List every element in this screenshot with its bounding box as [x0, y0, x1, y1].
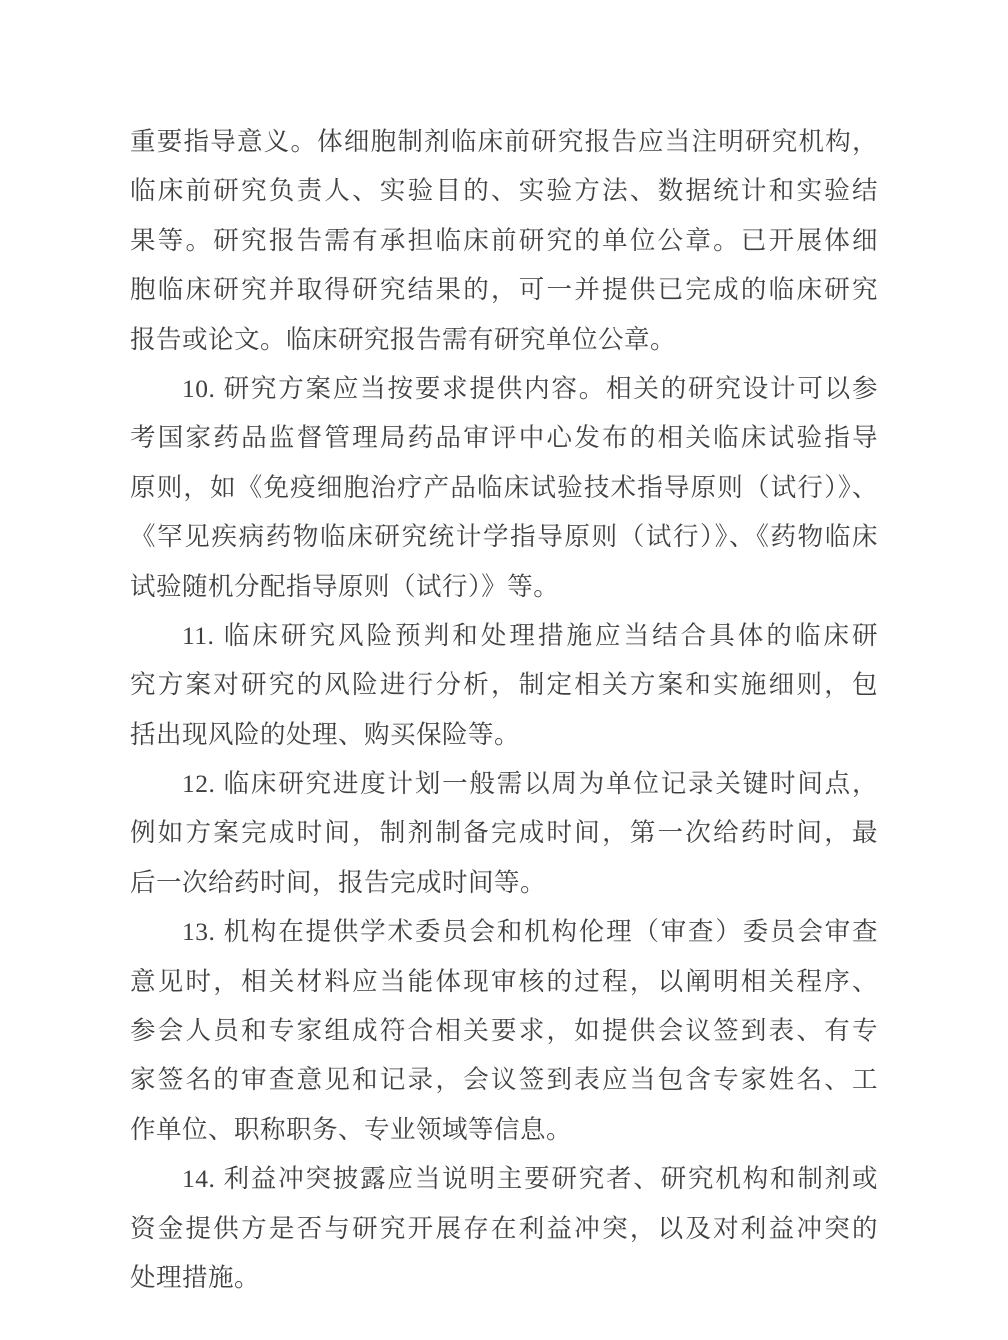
- text-line: 重要指导意义。体细胞制剂临床前研究报告应当注明研究机构，: [130, 117, 878, 166]
- text-line: 原则，如《免疫细胞治疗产品临床试验技术指导原则（试行）》、: [130, 463, 878, 512]
- text-line: 试验随机分配指导原则（试行）》等。: [130, 562, 878, 611]
- text-line: 11. 临床研究风险预判和处理措施应当结合具体的临床研: [130, 611, 878, 660]
- text-line: 报告或论文。临床研究报告需有研究单位公章。: [130, 315, 878, 364]
- text-line: 后一次给药时间，报告完成时间等。: [130, 858, 878, 907]
- text-line: 临床前研究负责人、实验目的、实验方法、数据统计和实验结: [130, 166, 878, 215]
- text-line: 12. 临床研究进度计划一般需以周为单位记录关键时间点，: [130, 759, 878, 808]
- text-line: 家签名的审查意见和记录，会议签到表应当包含专家姓名、工: [130, 1055, 878, 1104]
- text-line: 参会人员和专家组成符合相关要求，如提供会议签到表、有专: [130, 1006, 878, 1055]
- text-line: 例如方案完成时间，制剂制备完成时间，第一次给药时间，最: [130, 808, 878, 857]
- text-line: 10. 研究方案应当按要求提供内容。相关的研究设计可以参: [130, 364, 878, 413]
- text-line: 究方案对研究的风险进行分析，制定相关方案和实施细则，包: [130, 660, 878, 709]
- text-line: 《罕见疾病药物临床研究统计学指导原则（试行）》、《药物临床: [130, 512, 878, 561]
- text-line: 作单位、职称职务、专业领域等信息。: [130, 1105, 878, 1154]
- text-line: 意见时，相关材料应当能体现审核的过程，以阐明相关程序、: [130, 957, 878, 1006]
- text-line: 考国家药品监督管理局药品审评中心发布的相关临床试验指导: [130, 413, 878, 462]
- text-line: 14. 利益冲突披露应当说明主要研究者、研究机构和制剂或: [130, 1154, 878, 1203]
- text-line: 果等。研究报告需有承担临床前研究的单位公章。已开展体细: [130, 216, 878, 265]
- document-page: 重要指导意义。体细胞制剂临床前研究报告应当注明研究机构，临床前研究负责人、实验目…: [0, 0, 1008, 1340]
- document-content: 重要指导意义。体细胞制剂临床前研究报告应当注明研究机构，临床前研究负责人、实验目…: [130, 117, 878, 1302]
- text-line: 胞临床研究并取得研究结果的，可一并提供已完成的临床研究: [130, 265, 878, 314]
- text-line: 13. 机构在提供学术委员会和机构伦理（审查）委员会审查: [130, 907, 878, 956]
- text-line: 括出现风险的处理、购买保险等。: [130, 710, 878, 759]
- text-line: 处理措施。: [130, 1253, 878, 1302]
- text-line: 资金提供方是否与研究开展存在利益冲突，以及对利益冲突的: [130, 1204, 878, 1253]
